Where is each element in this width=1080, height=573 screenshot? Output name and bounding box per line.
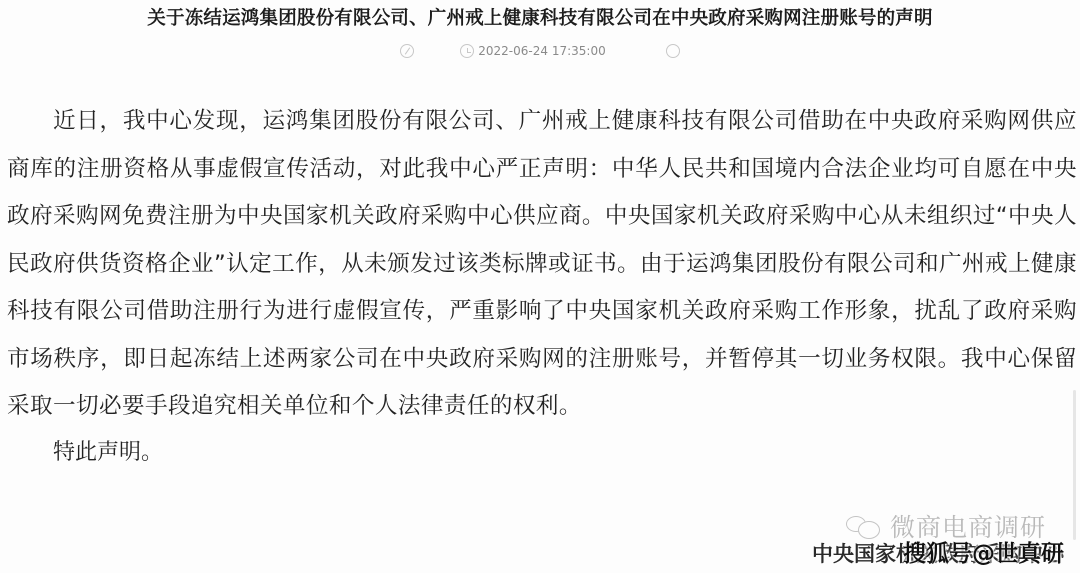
document-body: 近日，我中心发现，运鸿集团股份有限公司、广州戒上健康科技有限公司借助在中央政府采…	[7, 98, 1077, 431]
document-meta: 2022-06-24 17:35:00	[0, 44, 1080, 58]
sohu-watermark: 搜狐号@世真研	[903, 535, 1064, 568]
publish-timestamp: 2022-06-24 17:35:00	[478, 44, 605, 58]
clock-icon	[460, 44, 474, 58]
scrollbar[interactable]	[1073, 390, 1076, 540]
document-title: 关于冻结运鸿集团股份有限公司、广州戒上健康科技有限公司在中央政府采购网注册账号的…	[0, 4, 1080, 30]
body-paragraph: 近日，我中心发现，运鸿集团股份有限公司、广州戒上健康科技有限公司借助在中央政府采…	[7, 98, 1077, 431]
smiley-icon[interactable]	[666, 44, 680, 58]
wechat-logo-icon	[846, 514, 882, 538]
closing-text: 特此声明。	[53, 435, 163, 466]
edit-icon[interactable]	[400, 44, 414, 58]
